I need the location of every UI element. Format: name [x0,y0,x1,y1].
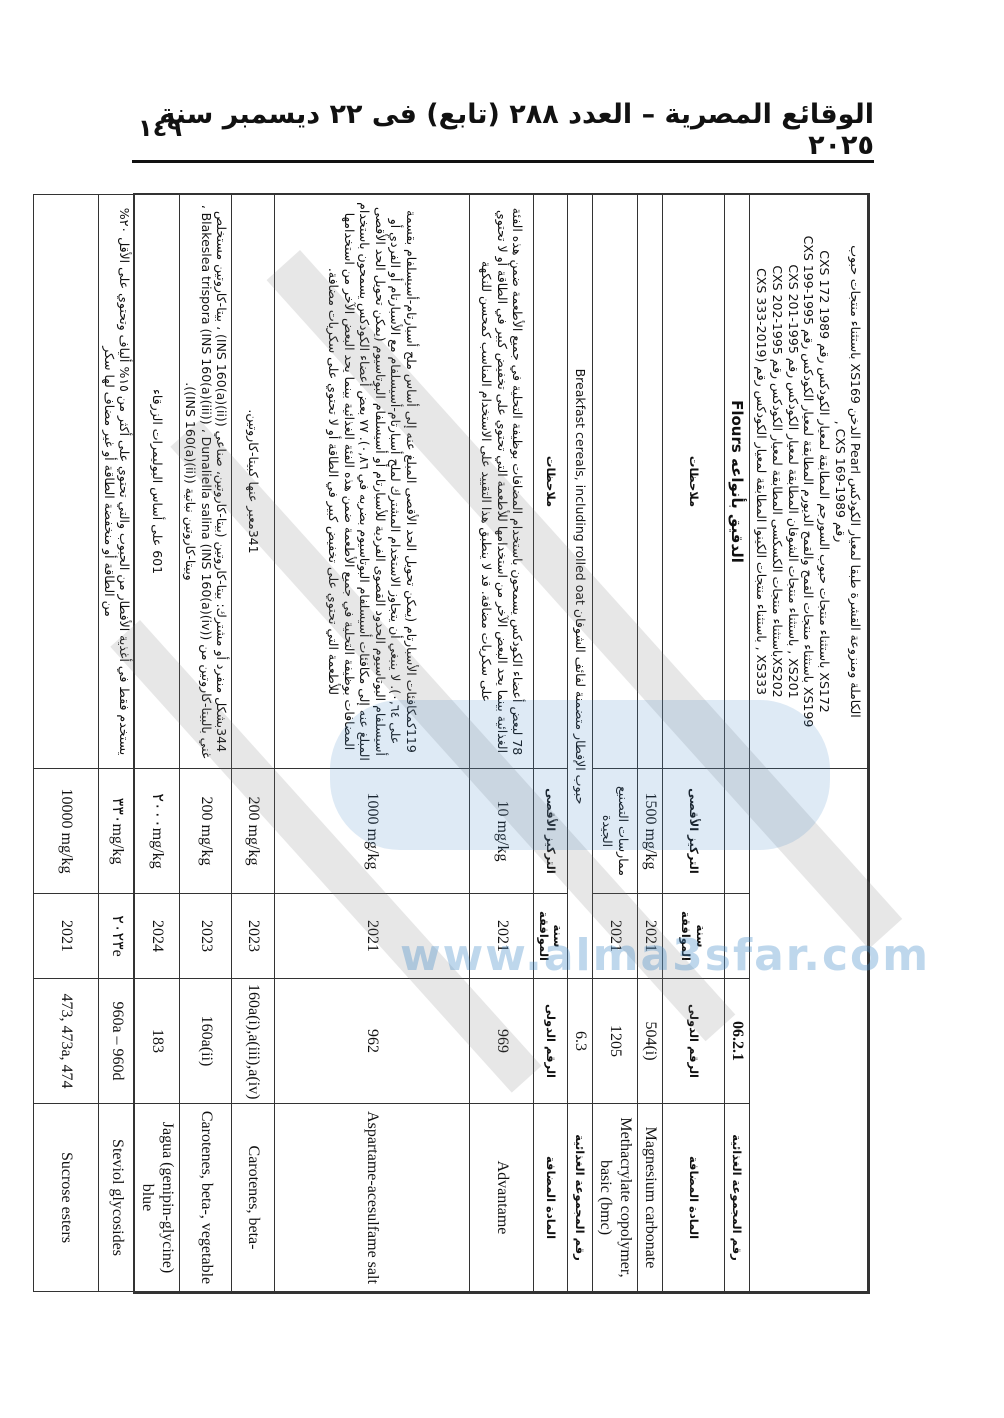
table-row: Methacrylate copolymer, basic (bmc) 1205… [593,195,638,1292]
col-year: سنة الموافقة [663,894,725,979]
group-description: الكاملة ومنزوعة القشرة طبقا لمعيار الكود… [750,195,868,769]
group-number-label: رقم المجموعة الغذائية [725,1104,750,1292]
page-header: الوقائع المصرية – العدد ٢٨٨ (تابع) فى ٢٢… [138,108,874,152]
header-rule [132,160,874,163]
group-description-blank [750,769,868,1292]
group-header-row: رقم المجموعة الغذائية 6.3 حبوب الإفطار م… [568,195,593,1292]
group-header-row: رقم المجموعة الغذائية 06.2.1 الدقيق بأنو… [725,195,750,1292]
col-notes: ملاحظات [663,195,725,769]
additives-table-frame: الكاملة ومنزوعة القشرة طبقا لمعيار الكود… [133,193,870,1294]
group-description-row: الكاملة ومنزوعة القشرة طبقا لمعيار الكود… [750,195,868,1292]
group-number-label: رقم المجموعة الغذائية [568,1104,593,1292]
food-additives-table: الكاملة ومنزوعة القشرة طبقا لمعيار الكود… [33,194,868,1292]
column-labels-row: المادة المضافة الرقم الدولى سنة الموافقة… [534,195,568,1292]
group-code: 06.2.1 [725,979,750,1104]
group-name: حبوب الإفطار متضمنة لفائف الشوفان Breakf… [568,195,593,979]
gazette-title: الوقائع المصرية – العدد ٢٨٨ (تابع) فى ٢٢… [138,99,874,161]
table-row: Sucrose esters 473, 473a, 474 2021 10000… [34,195,99,1292]
col-additive: المادة المضافة [663,1104,725,1292]
table-row: Carotenes, beta- 160a(i),a(iii),a(iv) 20… [232,195,275,1292]
col-ins: الرقم الدولى [663,979,725,1104]
table-row: Steviol glycosides 960a – 960d ٢٠٢٣e ٣٣٠… [99,195,135,1292]
group-code: 6.3 [568,979,593,1104]
table-row: Magnesium carbonate 504(i) 2021 1500 mg/… [638,195,663,1292]
page-number: ١٤٩ [138,114,182,142]
group-name: الدقيق بأنواعه Flours [725,195,750,769]
col-max-level: التركيز الأقصى [663,769,725,894]
column-labels-row: المادة المضافة الرقم الدولى سنة الموافقة… [663,195,725,1292]
table-row: Jagua (genipin-glycine) blue 183 2024 ٢٠… [135,195,180,1292]
table-row: Advantame 969 2021 10 mg/kg 78 لبعض أعضا… [470,195,534,1292]
table-row: Carotenes, beta-, vegetable 160a(ii) 202… [180,195,232,1292]
rotated-table: الكاملة ومنزوعة القشرة طبقا لمعيار الكود… [135,195,868,1292]
table-row: Aspartame-acesulfame salt 962 2021 1000 … [275,195,470,1292]
